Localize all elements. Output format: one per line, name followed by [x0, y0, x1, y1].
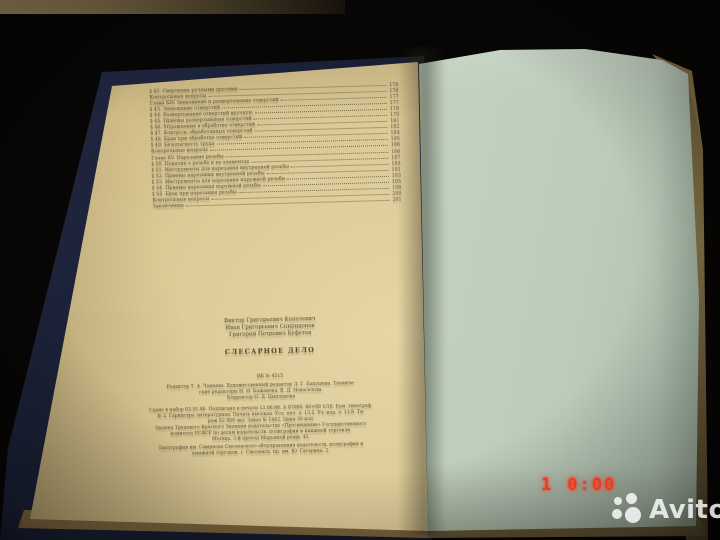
toc-entry-label: Заключение [153, 203, 184, 210]
authors-block: Виктор Григорьевич Копелевич Иван Григор… [178, 315, 362, 341]
avito-watermark-text: Avito [649, 495, 720, 525]
date-stamp-time: 0:00 [567, 475, 616, 495]
photo-open-book: § 42. Сверление ручными дрелями 176 Конт… [0, 0, 720, 540]
avito-logo-icon [610, 492, 646, 528]
table-of-contents: § 42. Сверление ручными дрелями 176 Конт… [149, 83, 401, 211]
background-shelf-edge [0, 0, 345, 14]
date-stamp-day: 1 [541, 475, 553, 495]
toc-dot-leader [281, 97, 387, 101]
toc-dot-leader [287, 176, 389, 180]
avito-watermark: Avito [610, 492, 720, 528]
book-gutter-shadow [398, 48, 446, 536]
camera-date-stamp: 10:00 [541, 475, 616, 495]
toc-page-number: 201 [391, 197, 401, 203]
toc-dot-leader [291, 163, 389, 167]
